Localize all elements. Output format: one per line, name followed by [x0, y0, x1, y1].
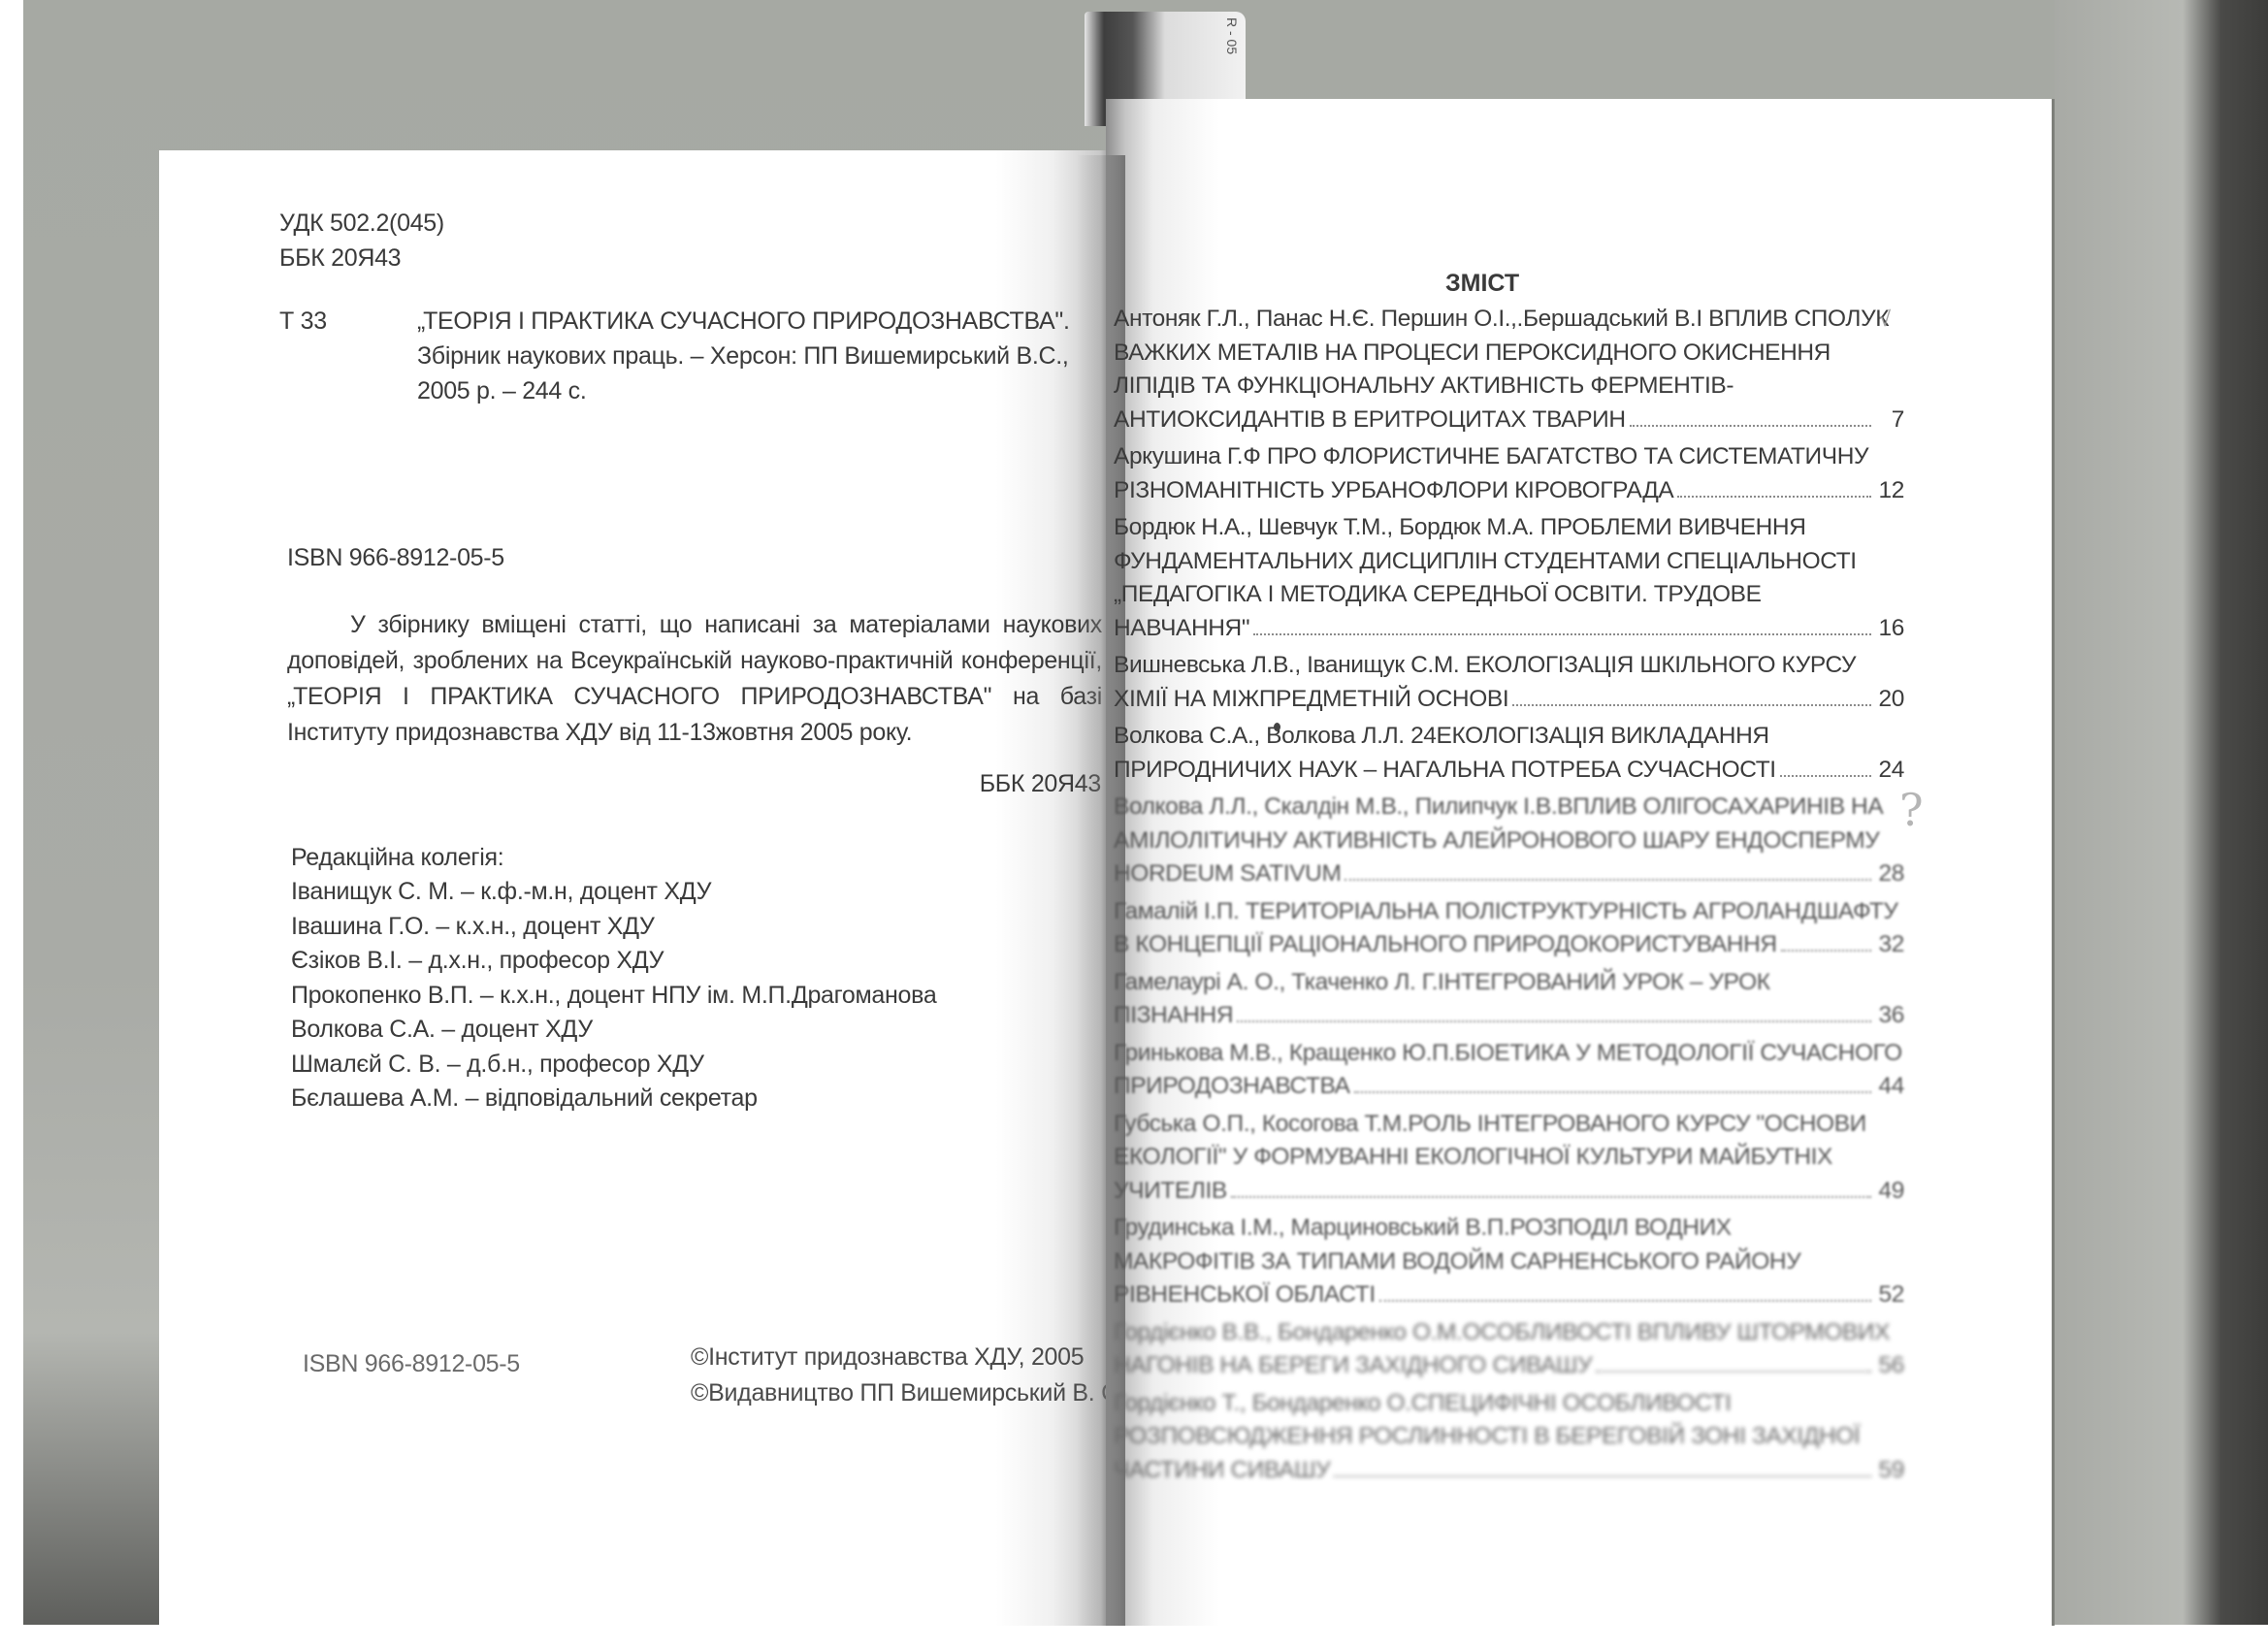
dot-leader: [1334, 1474, 1871, 1477]
toc-entry-final-line: В КОНЦЕПЦІЇ РАЦІОНАЛЬНОГО ПРИРОДОКОРИСТУ…: [1114, 928, 1904, 962]
toc-entry-final-line: НАГОНІВ НА БЕРЕГИ ЗАХІДНОГО СИВАШУ56: [1114, 1349, 1904, 1383]
toc-page-number: 12: [1875, 474, 1904, 508]
toc-page-number: 44: [1875, 1070, 1904, 1104]
isbn-bottom: ISBN 966-8912-05-5: [303, 1346, 520, 1381]
dot-leader: [1596, 1370, 1871, 1373]
handwritten-question-mark: ?: [1899, 784, 1924, 836]
toc-entry-line: МАКРОФІТІВ ЗА ТИПАМИ ВОДОЙМ САРНЕНСЬКОГО…: [1114, 1245, 1904, 1279]
catalog-code: Т 33: [279, 304, 327, 339]
toc-entry-line: Губська О.П., Косогова Т.М.РОЛЬ ІНТЕГРОВ…: [1114, 1108, 1904, 1142]
toc-entry-final-line: ПРИРОДОЗНАВСТВА44: [1114, 1070, 1904, 1104]
toc-entry-line: АМІЛОЛІТИЧНУ АКТИВНІСТЬ АЛЕЙРОНОВОГО ШАР…: [1114, 824, 1904, 858]
toc-entry: Гордієнко Т., Бондаренко О.СПЕЦИФІЧНІ ОС…: [1114, 1387, 1904, 1488]
bbk-code: ББК 20Я43: [279, 241, 401, 275]
editorial-board-member: Іванищук С. М. – к.ф.-м.н, доцент ХДУ: [291, 875, 936, 910]
toc-entry-final-line: ХІМІЇ НА МІЖПРЕДМЕТНІЙ ОСНОВІ20: [1114, 683, 1904, 717]
toc-page-number: 28: [1875, 857, 1904, 891]
toc-entry: Гринькова М.В., Кращенко Ю.П.БІОЕТИКА У …: [1114, 1037, 1904, 1104]
toc-page-number: 20: [1875, 683, 1904, 717]
copyright-line: ©Інститут придознавства ХДУ, 2005: [691, 1340, 1124, 1375]
toc-entry-line: Бордюк Н.А., Шевчук Т.М., Бордюк М.А. ПР…: [1114, 511, 1904, 545]
editorial-board-member: Прокопенко В.П. – к.х.н., доцент НПУ ім.…: [291, 979, 936, 1014]
toc-entry-text: РІЗНОМАНІТНІСТЬ УРБАНОФЛОРИ КІРОВОГРАДА: [1114, 474, 1673, 508]
toc-entry: Губська О.П., Косогова Т.М.РОЛЬ ІНТЕГРОВ…: [1114, 1108, 1904, 1209]
toc-entry-line: Антоняк Г.Л., Панас Н.Є. Першин О.І.,.Бе…: [1114, 303, 1904, 337]
toc-entry-line: ФУНДАМЕНТАЛЬНИХ ДИСЦИПЛІН СТУДЕНТАМИ СПЕ…: [1114, 545, 1904, 579]
bibliographic-record: „ТЕОРІЯ І ПРАКТИКА СУЧАСНОГО ПРИРОДОЗНАВ…: [417, 304, 1116, 408]
copyright-line: ©Видавництво ПП Вишемирський В. С.: [691, 1375, 1124, 1411]
dot-leader: [1677, 495, 1871, 498]
toc-entry: Гамелаурі А. О., Ткаченко Л. Г.ІНТЕГРОВА…: [1114, 966, 1904, 1033]
toc-entry-line: ВАЖКИХ МЕТАЛІВ НА ПРОЦЕСИ ПЕРОКСИДНОГО О…: [1114, 337, 1904, 371]
toc-page-number: 7: [1875, 404, 1904, 437]
toc-entry-text: НАВЧАННЯ": [1114, 612, 1249, 646]
toc-page-number: 32: [1875, 928, 1904, 962]
toc-entry-final-line: ПРИРОДНИЧИХ НАУК – НАГАЛЬНА ПОТРЕБА СУЧА…: [1114, 754, 1904, 788]
toc-entry: Аркушина Г.Ф ПРО ФЛОРИСТИЧНЕ БАГАТСТВО Т…: [1114, 440, 1904, 507]
toc-entry-final-line: АНТИОКСИДАНТІВ В ЕРИТРОЦИТАХ ТВАРИН7: [1114, 404, 1904, 437]
dot-leader: [1512, 703, 1871, 706]
toc-page-number: 16: [1875, 612, 1904, 646]
editorial-board-member: Єзіков В.І. – д.х.н., професор ХДУ: [291, 944, 936, 979]
toc-entry-text: ПРИРОДОЗНАВСТВА: [1114, 1070, 1350, 1104]
toc-entry-line: Волкова Л.Л., Скалдін М.В., Пилипчук І.В…: [1114, 791, 1904, 824]
toc-page-number: 49: [1875, 1175, 1904, 1209]
toc-entry-final-line: НАВЧАННЯ"16: [1114, 612, 1904, 646]
toc-entry-text: HORDEUM SATIVUM: [1114, 857, 1341, 891]
toc-page-number: 24: [1875, 754, 1904, 788]
editorial-board-title: Редакційна колегія:: [291, 840, 503, 875]
toc-entry-line: ЛІПІДІВ ТА ФУНКЦІОНАЛЬНУ АКТИВНІСТЬ ФЕРМ…: [1114, 370, 1904, 404]
dot-leader: [1253, 632, 1871, 635]
toc-entry-line: РОЗПОВСЮДЖЕННЯ РОСЛИННОСТІ В БЕРЕГОВІЙ З…: [1114, 1420, 1904, 1454]
toc-entry-final-line: ПІЗНАННЯ36: [1114, 999, 1904, 1033]
toc-entry-line: Аркушина Г.Ф ПРО ФЛОРИСТИЧНЕ БАГАТСТВО Т…: [1114, 440, 1904, 474]
toc-entry-text: ПІЗНАННЯ: [1114, 999, 1233, 1033]
toc-entry: Антоняк Г.Л., Панас Н.Є. Першин О.І.,.Бе…: [1114, 303, 1904, 436]
toc-page-number: 52: [1875, 1278, 1904, 1312]
dot-leader: [1781, 949, 1871, 952]
table-of-contents: Антоняк Г.Л., Панас Н.Є. Першин О.І.,.Бе…: [1114, 303, 1904, 1491]
dot-leader: [1231, 1195, 1871, 1198]
toc-page-number: 59: [1875, 1454, 1904, 1488]
toc-entry: Волкова С.А., Волкова Л.Л. 24ЕКОЛОГІЗАЦІ…: [1114, 720, 1904, 787]
toc-entry: Волкова Л.Л., Скалдін М.В., Пилипчук І.В…: [1114, 791, 1904, 891]
toc-entry-line: Гордієнко Т., Бондаренко О.СПЕЦИФІЧНІ ОС…: [1114, 1387, 1904, 1421]
scan-margin-left: [0, 0, 23, 1649]
toc-entry-line: Гринькова М.В., Кращенко Ю.П.БІОЕТИКА У …: [1114, 1037, 1904, 1071]
scan-margin-bottom: [0, 1626, 2268, 1649]
dot-leader: [1379, 1299, 1871, 1302]
toc-entry: Грудинська І.М., Марциновський В.П.РОЗПО…: [1114, 1212, 1904, 1312]
toc-entry-line: „ПЕДАГОГІКА І МЕТОДИКА СЕРЕДНЬОЇ ОСВІТИ.…: [1114, 578, 1904, 612]
toc-entry-final-line: РІВНЕНСЬКОЇ ОБЛАСТІ52: [1114, 1278, 1904, 1312]
toc-entry-text: РІВНЕНСЬКОЇ ОБЛАСТІ: [1114, 1278, 1376, 1312]
toc-entry-text: В КОНЦЕПЦІЇ РАЦІОНАЛЬНОГО ПРИРОДОКОРИСТУ…: [1114, 928, 1777, 962]
toc-entry-line: Грудинська І.М., Марциновський В.П.РОЗПО…: [1114, 1212, 1904, 1245]
toc-entry-text: ХІМІЇ НА МІЖПРЕДМЕТНІЙ ОСНОВІ: [1114, 683, 1508, 717]
toc-entry-final-line: HORDEUM SATIVUM28: [1114, 857, 1904, 891]
toc-entry: Гордієнко В.В., Бондаренко О.М.ОСОБЛИВОС…: [1114, 1316, 1904, 1383]
toc-entry: Бордюк Н.А., Шевчук Т.М., Бордюк М.А. ПР…: [1114, 511, 1904, 645]
udc-code: УДК 502.2(045): [279, 206, 444, 241]
toc-entry-final-line: ЧАСТИНИ СИВАШУ59: [1114, 1454, 1904, 1488]
toc-entry-text: УЧИТЕЛІВ: [1114, 1175, 1227, 1209]
dot-leader: [1345, 878, 1871, 881]
ink-dot: [1274, 723, 1280, 731]
dot-leader: [1354, 1090, 1871, 1093]
toc-title: ЗМІСТ: [1445, 270, 1519, 298]
toc-entry: Гамалій І.П. ТЕРИТОРІАЛЬНА ПОЛІСТРУКТУРН…: [1114, 895, 1904, 962]
isbn: ISBN 966-8912-05-5: [287, 540, 504, 575]
toc-entry-line: Гамелаурі А. О., Ткаченко Л. Г.ІНТЕГРОВА…: [1114, 966, 1904, 1000]
toc-entry-line: Вишневська Л.В., Іванищук С.М. ЕКОЛОГІЗА…: [1114, 649, 1904, 683]
abstract-paragraph: У збірнику вміщені статті, що написані з…: [287, 607, 1102, 751]
scanner-background-right: [2055, 0, 2268, 1625]
biblio-line: Збірник наукових праць. – Херсон: ПП Виш…: [417, 339, 1116, 373]
bookmark-label: R - 05: [1224, 17, 1240, 54]
toc-entry-text: ПРИРОДНИЧИХ НАУК – НАГАЛЬНА ПОТРЕБА СУЧА…: [1114, 754, 1776, 788]
toc-entry-line: Волкова С.А., Волкова Л.Л. 24ЕКОЛОГІЗАЦІ…: [1114, 720, 1904, 754]
toc-entry-line: ЕКОЛОГІЇ" У ФОРМУВАННІ ЕКОЛОГІЧНОЇ КУЛЬТ…: [1114, 1141, 1904, 1175]
editorial-board-member: Шмалєй С. В. – д.б.н., професор ХДУ: [291, 1048, 936, 1083]
toc-entry-final-line: РІЗНОМАНІТНІСТЬ УРБАНОФЛОРИ КІРОВОГРАДА1…: [1114, 474, 1904, 508]
toc-entry: Вишневська Л.В., Іванищук С.М. ЕКОЛОГІЗА…: [1114, 649, 1904, 716]
toc-entry-text: ЧАСТИНИ СИВАШУ: [1114, 1454, 1330, 1488]
editorial-board-member: Івашина Г.О. – к.х.н., доцент ХДУ: [291, 910, 936, 945]
toc-entry-text: НАГОНІВ НА БЕРЕГИ ЗАХІДНОГО СИВАШУ: [1114, 1349, 1592, 1383]
handwritten-check-mark: √: [1879, 307, 1891, 332]
toc-page-number: 36: [1875, 999, 1904, 1033]
toc-entry-line: Гамалій І.П. ТЕРИТОРІАЛЬНА ПОЛІСТРУКТУРН…: [1114, 895, 1904, 929]
toc-page-number: 56: [1875, 1349, 1904, 1383]
editorial-board-member: Волкова С.А. – доцент ХДУ: [291, 1013, 936, 1048]
editorial-board-list: Іванищук С. М. – к.ф.-м.н, доцент ХДУІва…: [291, 875, 936, 1116]
dot-leader: [1780, 774, 1871, 777]
dot-leader: [1237, 1019, 1871, 1022]
biblio-line: 2005 р. – 244 с.: [417, 373, 1116, 408]
toc-entry-line: Гордієнко В.В., Бондаренко О.М.ОСОБЛИВОС…: [1114, 1316, 1904, 1350]
copyright-block: ©Інститут придознавства ХДУ, 2005 ©Видав…: [691, 1340, 1124, 1411]
dot-leader: [1630, 424, 1871, 427]
biblio-line: „ТЕОРІЯ І ПРАКТИКА СУЧАСНОГО ПРИРОДОЗНАВ…: [417, 304, 1116, 339]
toc-entry-text: АНТИОКСИДАНТІВ В ЕРИТРОЦИТАХ ТВАРИН: [1114, 404, 1626, 437]
toc-entry-final-line: УЧИТЕЛІВ49: [1114, 1175, 1904, 1209]
editorial-board-member: Бєлашева А.М. – відповідальний секретар: [291, 1082, 936, 1116]
